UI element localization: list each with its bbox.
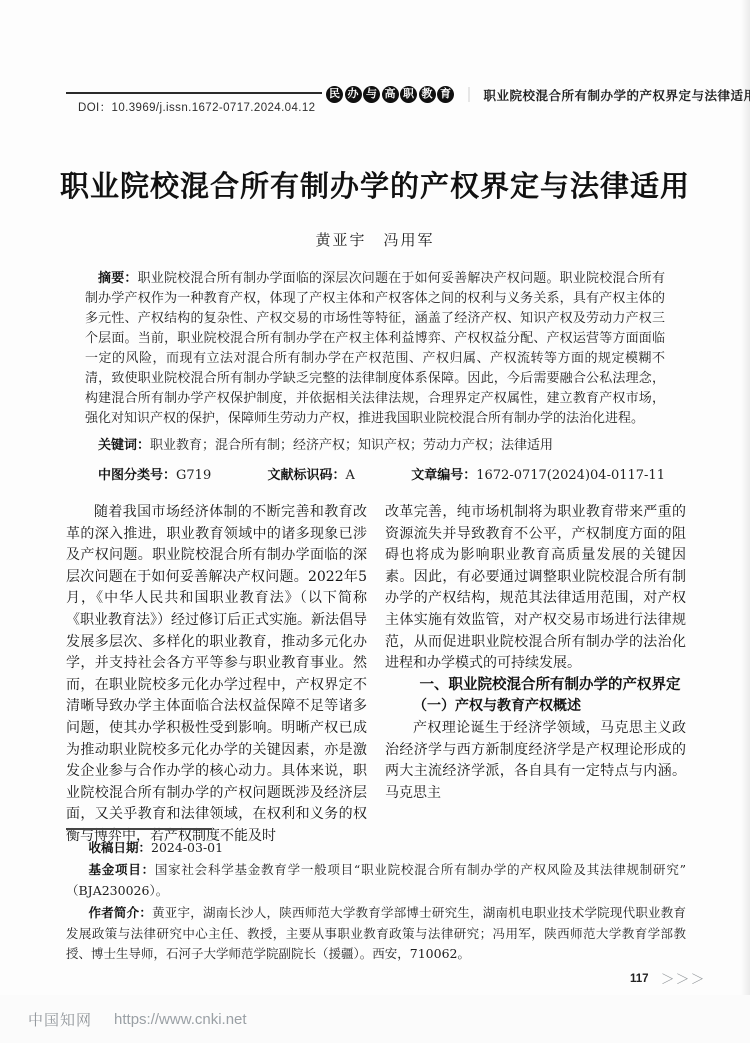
section-heading: 一、职业院校混合所有制办学的产权界定 bbox=[385, 675, 686, 697]
badge-char-icon: 高 bbox=[382, 86, 399, 103]
badge-char-icon: 育 bbox=[437, 86, 454, 103]
author-bio-value: 黄亚宇，湖南长沙人，陕西师范大学教育学部博士研究生，湖南机电职业技术学院现代职业… bbox=[66, 905, 686, 961]
badge-char-icon: 职 bbox=[400, 86, 417, 103]
body-paragraph: 改革完善，纯市场机制将为职业教育带来严重的资源流失并导致教育不公平，产权制度方面… bbox=[385, 502, 686, 675]
body-paragraph: 随着我国市场经济体制的不断完善和教育改革的深入推进，职业教育领域中的诸多现象已涉… bbox=[66, 502, 367, 848]
clc-value: G719 bbox=[176, 468, 211, 483]
clc-label: 中图分类号： bbox=[98, 467, 176, 482]
body-paragraph: 产权理论诞生于经济学领域，马克思主义政治经济学与西方新制度经济学是产权理论形成的… bbox=[385, 718, 686, 804]
fund-label: 基金项目： bbox=[89, 863, 155, 877]
doc-code-item: 文献标识码：A bbox=[268, 465, 355, 486]
footnotes: 收稿日期：2024-03-01 基金项目：国家社会科学基金教育学一般项目“职业院… bbox=[66, 828, 686, 967]
article-id-item: 文章编号：1672-0717(2024)04-0117-11 bbox=[411, 465, 665, 486]
badge-separator: ｜ bbox=[462, 84, 477, 105]
site-footer: 中国知网 https://www.cnki.net bbox=[0, 995, 750, 1043]
article-id-label: 文章编号： bbox=[411, 467, 476, 482]
doc-code-value: A bbox=[346, 468, 355, 483]
page-number-row: 117 ＞＞＞ bbox=[630, 969, 706, 989]
clc-item: 中图分类号：G719 bbox=[98, 465, 211, 486]
classification-line: 中图分类号：G719 文献标识码：A 文章编号：1672-0717(2024)0… bbox=[85, 465, 665, 486]
received-date-value: 2024-03-01 bbox=[151, 840, 223, 855]
header-rule bbox=[66, 92, 322, 94]
article-meta: 摘要：职业院校混合所有制办学面临的深层次问题在于如何妥善解决产权问题。职业院校混… bbox=[85, 268, 665, 486]
site-url-link[interactable]: https://www.cnki.net bbox=[114, 1011, 247, 1028]
badge-char-icon: 民 bbox=[326, 86, 343, 103]
author-bio-line: 作者简介：黄亚宇，湖南长沙人，陕西师范大学教育学部博士研究生，湖南机电职业技术学… bbox=[66, 903, 686, 965]
journal-page: DOI：10.3969/j.issn.1672-0717.2024.04.12 … bbox=[0, 0, 750, 1043]
fund-line: 基金项目：国家社会科学基金教育学一般项目“职业院校混合所有制办学的产权风险及其法… bbox=[66, 860, 686, 901]
left-column: 随着我国市场经济体制的不断完善和教育改革的深入推进，职业教育领域中的诸多现象已涉… bbox=[66, 502, 367, 848]
received-date-line: 收稿日期：2024-03-01 bbox=[66, 838, 686, 859]
badge-char-icon: 与 bbox=[363, 86, 380, 103]
keywords-line: 关键词：职业教育；混合所有制；经济产权；知识产权；劳动力产权；法律适用 bbox=[85, 435, 665, 456]
chevrons-icon: ＞＞＞ bbox=[661, 969, 706, 989]
scan-edge-shading bbox=[741, 0, 750, 995]
fund-value: 国家社会科学基金教育学一般项目“职业院校混合所有制办学的产权风险及其法律规制研究… bbox=[66, 862, 686, 898]
doi-text: DOI：10.3969/j.issn.1672-0717.2024.04.12 bbox=[78, 99, 315, 115]
authors: 黄亚宇 冯用军 bbox=[0, 229, 750, 250]
page-number: 117 bbox=[630, 973, 649, 985]
article-id-value: 1672-0717(2024)04-0117-11 bbox=[476, 468, 665, 483]
article-title: 职业院校混合所有制办学的产权界定与法律适用 bbox=[0, 164, 750, 205]
body-columns: 随着我国市场经济体制的不断完善和教育改革的深入推进，职业教育领域中的诸多现象已涉… bbox=[66, 502, 686, 848]
badge-char-icon: 教 bbox=[419, 86, 436, 103]
abstract-text: 职业院校混合所有制办学面临的深层次问题在于如何妥善解决产权问题。职业院校混合所有… bbox=[85, 271, 665, 426]
keywords-label: 关键词： bbox=[98, 437, 150, 452]
doc-code-label: 文献标识码： bbox=[268, 467, 346, 482]
running-title: 职业院校混合所有制办学的产权界定与法律适用 bbox=[484, 86, 750, 104]
right-column: 改革完善，纯市场机制将为职业教育带来严重的资源流失并导致教育不公平，产权制度方面… bbox=[385, 502, 686, 848]
abstract-label: 摘要： bbox=[98, 270, 138, 285]
footnote-rule bbox=[66, 828, 212, 830]
keywords-text: 职业教育；混合所有制；经济产权；知识产权；劳动力产权；法律适用 bbox=[150, 438, 553, 453]
badge-char-icon: 办 bbox=[345, 86, 362, 103]
column-badge: 民 办 与 高 职 教 育 ｜ 职业院校混合所有制办学的产权界定与法律适用 bbox=[326, 84, 750, 105]
author-bio-label: 作者简介： bbox=[89, 906, 153, 920]
received-date-label: 收稿日期： bbox=[89, 841, 152, 855]
site-name: 中国知网 bbox=[28, 1009, 92, 1030]
abstract-paragraph: 摘要：职业院校混合所有制办学面临的深层次问题在于如何妥善解决产权问题。职业院校混… bbox=[85, 268, 665, 429]
subsection-heading: （一）产权与教育产权概述 bbox=[385, 696, 686, 718]
